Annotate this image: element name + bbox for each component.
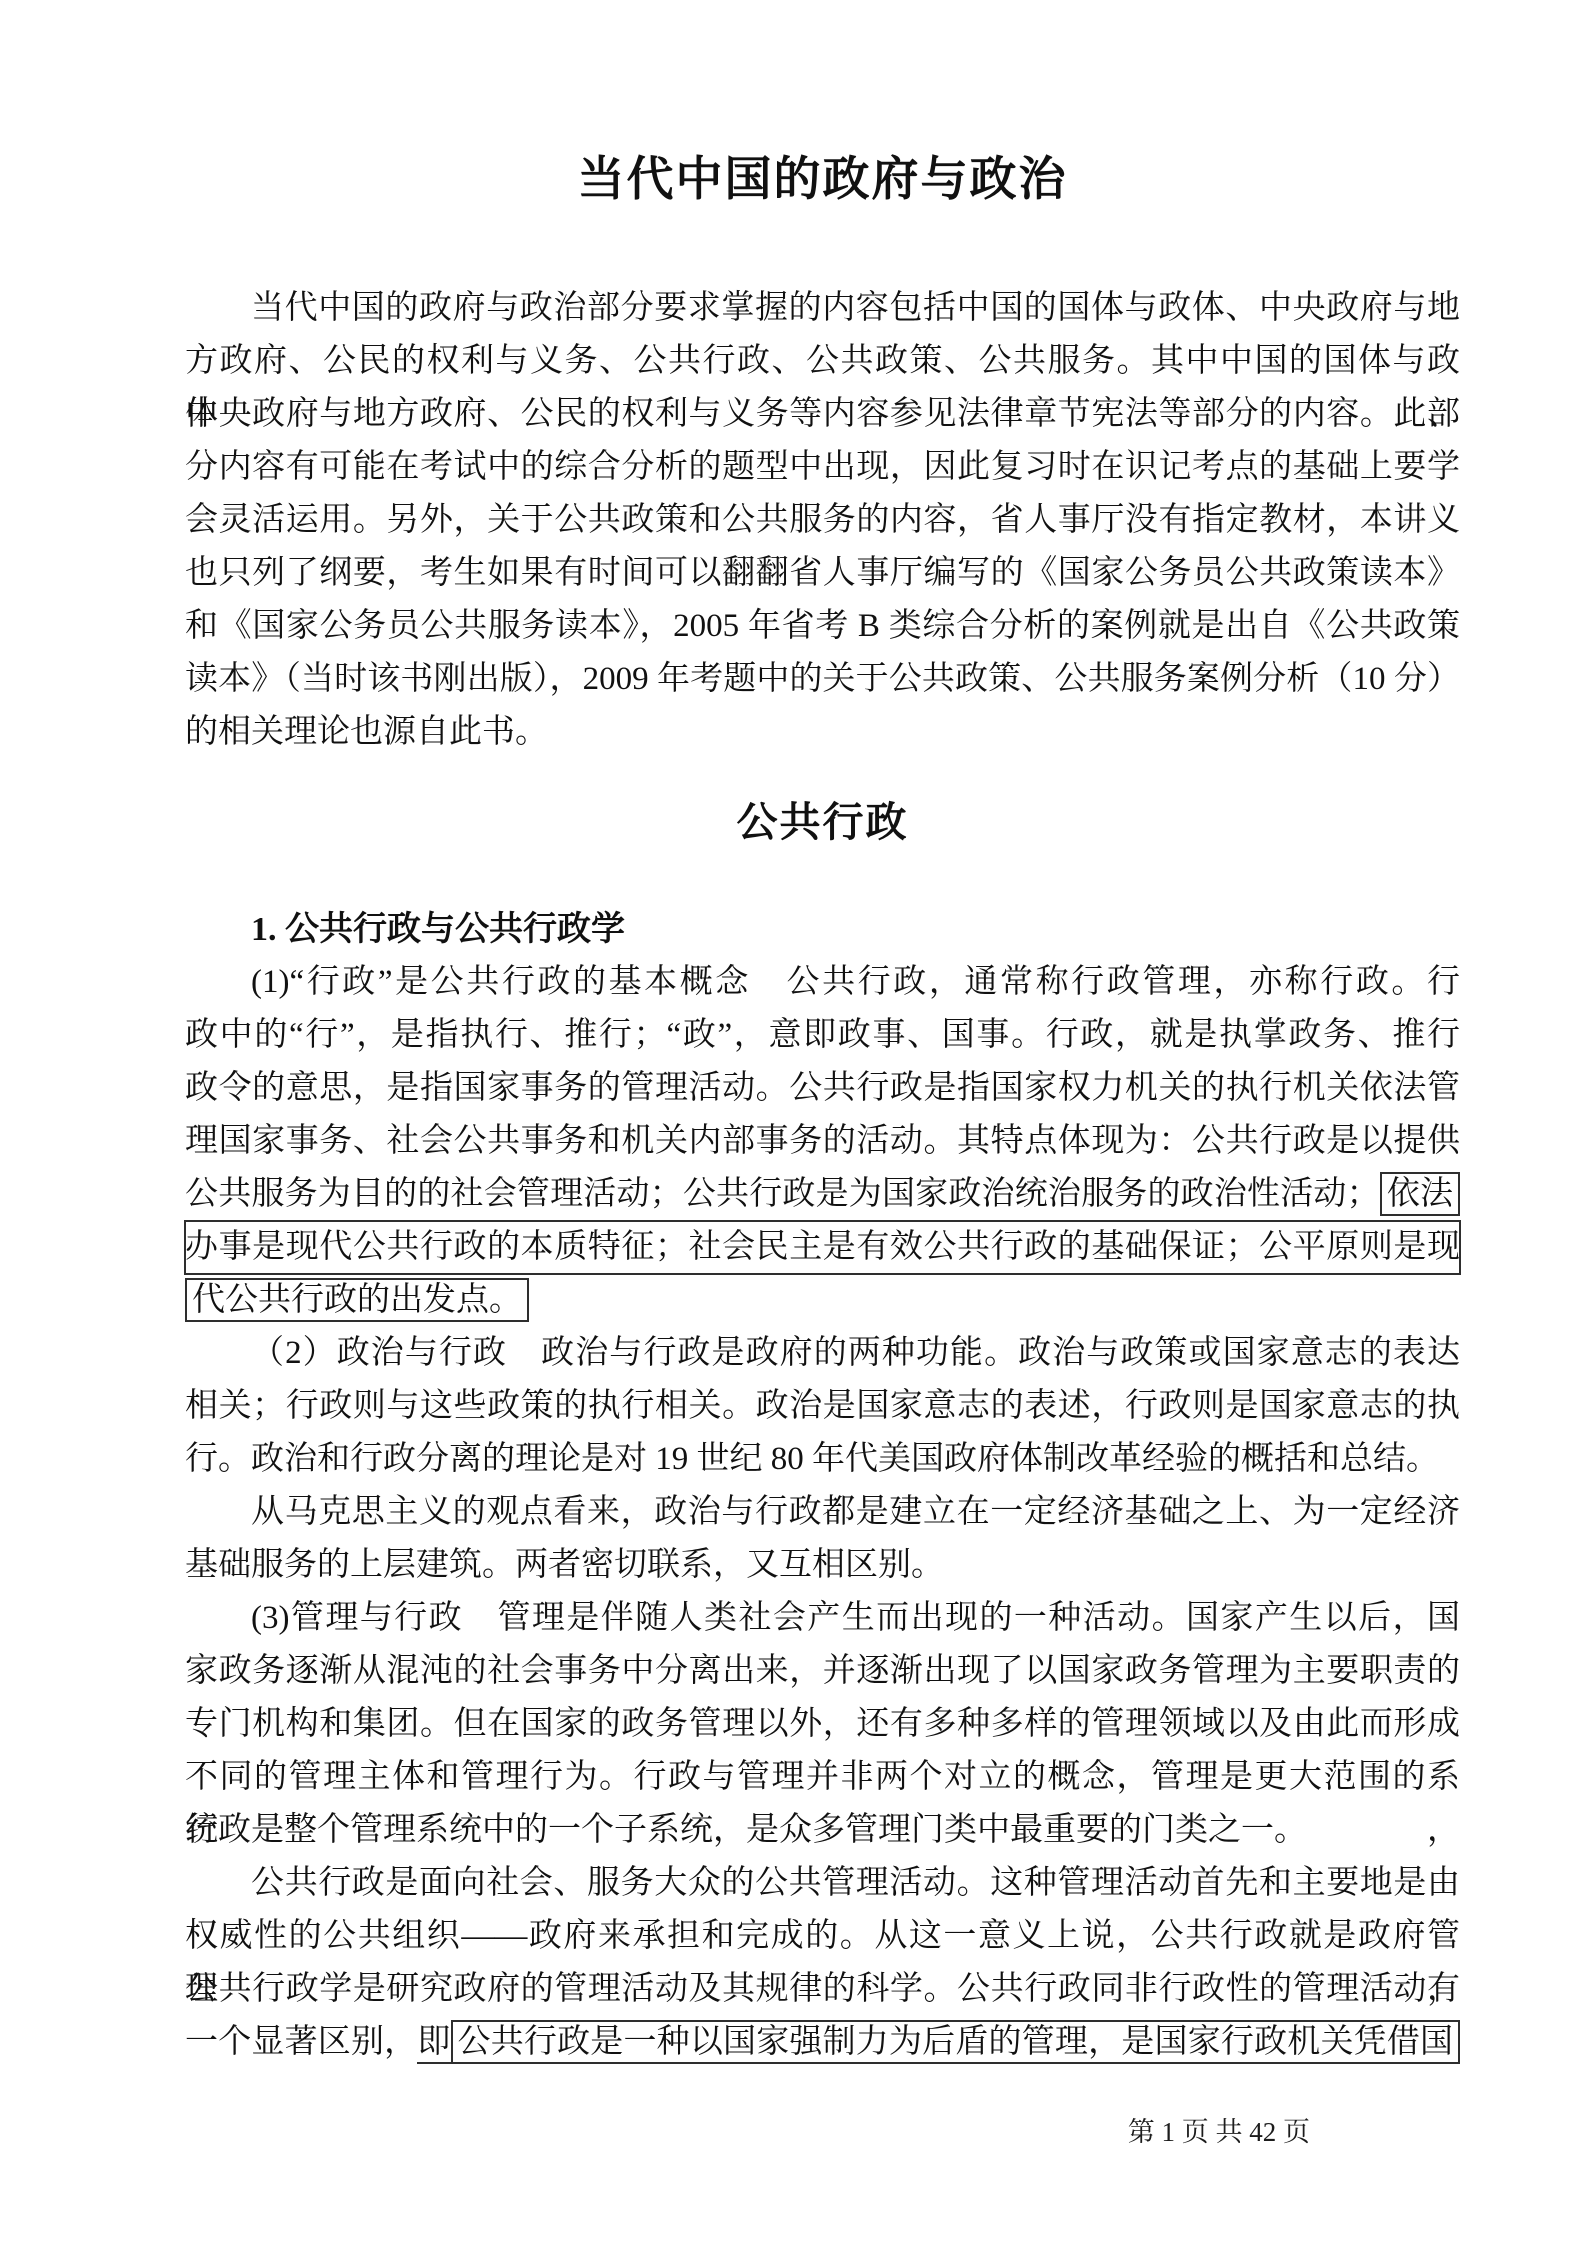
underlined-text: 即 [417, 2024, 450, 2064]
page-number-footer: 第 1 页 共 42 页 [1128, 2112, 1310, 2152]
paragraph-para-gonggong: 公共行政是面向社会、服务大众的公共管理活动。这种管理活动首先和主要地是由权威性的… [185, 1857, 1460, 2069]
body-line: 和《国家公务员公共服务读本》，2005 年省考 B 类综合分析的案例就是出自《公… [185, 600, 1460, 653]
text-run: 一个显著区别， [185, 2024, 417, 2060]
spacer [185, 212, 1460, 282]
body-line: 公共行政是面向社会、服务大众的公共管理活动。这种管理活动首先和主要地是由 [185, 1857, 1460, 1910]
boxed-emphasis-text: 依法 [1380, 1172, 1460, 1216]
document-title: 当代中国的政府与政治 [185, 148, 1460, 212]
body-line: 读本》（当时该书刚出版），2009 年考题中的关于公共政策、公共服务案例分析（1… [185, 653, 1460, 706]
body-line: 家政务逐渐从混沌的社会事务中分离出来，并逐渐出现了以国家政务管理为主要职责的 [185, 1645, 1460, 1698]
text-run: (1)“行政”是公共行政的基本概念 公共行政，通常称行政管理，亦称行政。行 [251, 964, 1460, 1000]
text-run: 公共行政学是研究政府的管理活动及其规律的科学。公共行政同非行政性的管理活动有 [185, 1971, 1460, 2007]
body-line: 公共行政学是研究政府的管理活动及其规律的科学。公共行政同非行政性的管理活动有 [185, 1963, 1460, 2016]
text-run: 基础服务的上层建筑。两者密切联系，又互相区别。 [185, 1547, 944, 1583]
text-run: 的相关理论也源自此书。 [185, 714, 548, 750]
boxed-emphasis-text: 代公共行政的出发点。 [185, 1278, 529, 1322]
body-line: 的相关理论也源自此书。 [185, 706, 1460, 759]
text-run: 行政是整个管理系统中的一个子系统，是众多管理门类中最重要的门类之一。 [185, 1812, 1307, 1848]
body-line: 中央政府与地方政府、公民的权利与义务等内容参见法律章节宪法等部分的内容。此部 [185, 388, 1460, 441]
section-title: 公共行政 [185, 793, 1460, 851]
subsection-heading: 1. 公共行政与公共行政学 [185, 903, 1460, 956]
text-run: 读本》（当时该书刚出版），2009 年考题中的关于公共政策、公共服务案例分析（1… [185, 661, 1460, 697]
body-line: 一个显著区别，即公共行政是一种以国家强制力为后盾的管理，是国家行政机关凭借国 [185, 2016, 1460, 2069]
paragraph-para-zhengzhi: （2）政治与行政 政治与行政是政府的两种功能。政治与政策或国家意志的表达相关；行… [185, 1327, 1460, 1486]
body-line: 代公共行政的出发点。 [185, 1274, 1460, 1327]
body-line: 从马克思主义的观点看来，政治与行政都是建立在一定经济基础之上、为一定经济 [185, 1486, 1460, 1539]
body-line: 行政是整个管理系统中的一个子系统，是众多管理门类中最重要的门类之一。 [185, 1804, 1460, 1857]
body-line: 分内容有可能在考试中的综合分析的题型中出现，因此复习时在识记考点的基础上要学 [185, 441, 1460, 494]
text-run: （2）政治与行政 政治与行政是政府的两种功能。政治与政策或国家意志的表达 [251, 1335, 1460, 1371]
text-run: 会灵活运用。另外，关于公共政策和公共服务的内容，省人事厅没有指定教材，本讲义 [185, 502, 1460, 538]
body-line: 不同的管理主体和管理行为。行政与管理并非两个对立的概念，管理是更大范围的系统， [185, 1751, 1460, 1804]
body-line: (1)“行政”是公共行政的基本概念 公共行政，通常称行政管理，亦称行政。行 [185, 956, 1460, 1009]
text-run: 当代中国的政府与政治部分要求掌握的内容包括中国的国体与政体、中央政府与地 [251, 290, 1460, 326]
body-line: 行。政治和行政分离的理论是对 19 世纪 80 年代美国政府体制改革经验的概括和… [185, 1433, 1460, 1486]
text-run: 分内容有可能在考试中的综合分析的题型中出现，因此复习时在识记考点的基础上要学 [185, 449, 1460, 485]
paragraph-para-xingzheng: (1)“行政”是公共行政的基本概念 公共行政，通常称行政管理，亦称行政。行政中的… [185, 956, 1460, 1327]
body-line: 政中的“行”，是指执行、推行；“政”，意即政事、国事。行政，就是执掌政务、推行 [185, 1009, 1460, 1062]
text-run: 政令的意思，是指国家事务的管理活动。公共行政是指国家权力机关的执行机关依法管 [185, 1070, 1460, 1106]
paragraph-para-makesi: 从马克思主义的观点看来，政治与行政都是建立在一定经济基础之上、为一定经济基础服务… [185, 1486, 1460, 1592]
text-run: 家政务逐渐从混沌的社会事务中分离出来，并逐渐出现了以国家政务管理为主要职责的 [185, 1653, 1460, 1689]
text-run: 和《国家公务员公共服务读本》，2005 年省考 B 类综合分析的案例就是出自《公… [185, 608, 1460, 644]
body-line: 权威性的公共组织——政府来承担和完成的。从这一意义上说，公共行政就是政府管理， [185, 1910, 1460, 1963]
document-content: 当代中国的政府与政治当代中国的政府与政治部分要求掌握的内容包括中国的国体与政体、… [185, 0, 1460, 2069]
body-line: 理国家事务、社会公共事务和机关内部事务的活动。其特点体现为：公共行政是以提供 [185, 1115, 1460, 1168]
body-line: 公共服务为目的的社会管理活动；公共行政是为国家政治统治服务的政治性活动；依法 [185, 1168, 1460, 1221]
text-run: 中央政府与地方政府、公民的权利与义务等内容参见法律章节宪法等部分的内容。此部 [185, 396, 1460, 432]
text-run: 理国家事务、社会公共事务和机关内部事务的活动。其特点体现为：公共行政是以提供 [185, 1123, 1460, 1159]
body-line: 也只列了纲要，考生如果有时间可以翻翻省人事厅编写的《国家公务员公共政策读本》 [185, 547, 1460, 600]
boxed-emphasis-text: 公共行政是一种以国家强制力为后盾的管理，是国家行政机关凭借国 [451, 2020, 1461, 2064]
text-run: 也只列了纲要，考生如果有时间可以翻翻省人事厅编写的《国家公务员公共政策读本》 [185, 555, 1460, 591]
text-run: 从马克思主义的观点看来，政治与行政都是建立在一定经济基础之上、为一定经济 [251, 1494, 1460, 1530]
document-page: 当代中国的政府与政治当代中国的政府与政治部分要求掌握的内容包括中国的国体与政体、… [0, 0, 1594, 2252]
body-line: 方政府、公民的权利与义务、公共行政、公共政策、公共服务。其中中国的国体与政体、 [185, 335, 1460, 388]
body-line: 办事是现代公共行政的本质特征；社会民主是有效公共行政的基础保证；公平原则是现 [185, 1221, 1460, 1274]
body-line: 专门机构和集团。但在国家的政务管理以外，还有多种多样的管理领域以及由此而形成 [185, 1698, 1460, 1751]
body-line: (3)管理与行政 管理是伴随人类社会产生而出现的一种活动。国家产生以后，国 [185, 1592, 1460, 1645]
body-line: 基础服务的上层建筑。两者密切联系，又互相区别。 [185, 1539, 1460, 1592]
paragraph-intro: 当代中国的政府与政治部分要求掌握的内容包括中国的国体与政体、中央政府与地方政府、… [185, 282, 1460, 759]
text-run: (3)管理与行政 管理是伴随人类社会产生而出现的一种活动。国家产生以后，国 [251, 1600, 1460, 1636]
text-run: 相关；行政则与这些政策的执行相关。政治是国家意志的表述，行政则是国家意志的执 [185, 1388, 1460, 1424]
text-run: 公共服务为目的的社会管理活动；公共行政是为国家政治统治服务的政治性活动； [185, 1176, 1380, 1212]
text-run: 政中的“行”，是指执行、推行；“政”，意即政事、国事。行政，就是执掌政务、推行 [185, 1017, 1460, 1053]
body-line: （2）政治与行政 政治与行政是政府的两种功能。政治与政策或国家意志的表达 [185, 1327, 1460, 1380]
body-line: 相关；行政则与这些政策的执行相关。政治是国家意志的表述，行政则是国家意志的执 [185, 1380, 1460, 1433]
body-line: 政令的意思，是指国家事务的管理活动。公共行政是指国家权力机关的执行机关依法管 [185, 1062, 1460, 1115]
body-line: 会灵活运用。另外，关于公共政策和公共服务的内容，省人事厅没有指定教材，本讲义 [185, 494, 1460, 547]
text-run: 公共行政是面向社会、服务大众的公共管理活动。这种管理活动首先和主要地是由 [251, 1865, 1460, 1901]
text-run: 专门机构和集团。但在国家的政务管理以外，还有多种多样的管理领域以及由此而形成 [185, 1706, 1460, 1742]
text-run: 行。政治和行政分离的理论是对 19 世纪 80 年代美国政府体制改革经验的概括和… [185, 1441, 1439, 1477]
paragraph-para-guanli: (3)管理与行政 管理是伴随人类社会产生而出现的一种活动。国家产生以后，国家政务… [185, 1592, 1460, 1857]
body-line: 当代中国的政府与政治部分要求掌握的内容包括中国的国体与政体、中央政府与地 [185, 282, 1460, 335]
text-run: 办事是现代公共行政的本质特征；社会民主是有效公共行政的基础保证；公平原则是现 [185, 1229, 1460, 1265]
